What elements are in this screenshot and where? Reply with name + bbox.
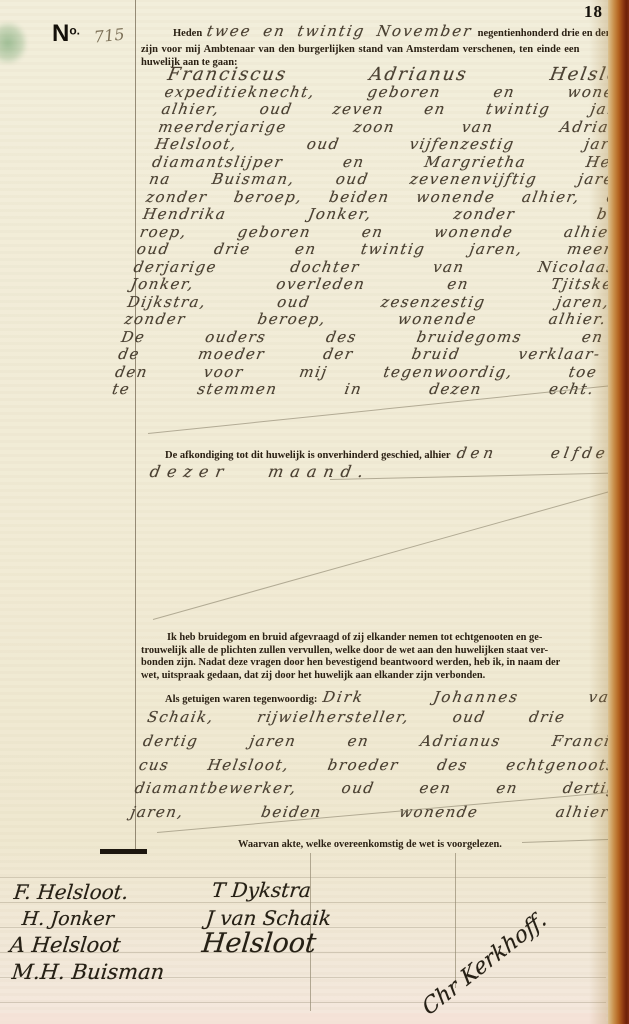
handwritten-line: na Buisman, oud zevenenvijftig jaren, (148, 171, 629, 189)
handwritten-line: oud drie en twintig jaren, meer- (135, 241, 620, 259)
header-pre-date: Heden (173, 28, 202, 39)
handwritten-date: twee en twintig November (206, 22, 475, 40)
witnesses-handwritten-block: Schaik, rijwielhersteller, oud drie en d… (129, 706, 629, 825)
witnesses-handwritten-inline: Dirk Johannes van (322, 688, 624, 706)
handwritten-line: de moeder der bruid verklaar- (117, 346, 602, 364)
signature-witness-1: J van Schaik (205, 906, 333, 930)
scan-bottom-edge (0, 1013, 606, 1024)
handwritten-line: Helsloot, oud vijfenzestig jaren, (154, 136, 629, 154)
handwritten-line: Schaik, rijwielhersteller, oud drie en (145, 706, 629, 730)
handwritten-line: den voor mij tegenwoordig, toe (114, 364, 599, 382)
scanned-marriage-certificate: 18 No. 715 Heden twee en twintig Novembe… (0, 0, 629, 1024)
handwritten-line: expeditieknecht, geboren en wonende (163, 84, 629, 102)
green-stamp-fragment (0, 22, 27, 64)
signature-mother-groom: M.H. Buisman (11, 960, 166, 984)
handwritten-line: roep, geboren en wonende alhier, (138, 224, 623, 242)
handwritten-line: Franciscus Adrianus Helsloot, (166, 66, 629, 84)
signature-father-groom: A Helsloot (9, 933, 122, 957)
handwritten-line: Dijkstra, oud zesenzestig jaren, (126, 294, 611, 312)
header-line-1: Heden twee en twintig November negentien… (141, 22, 622, 40)
vows-line: trouwelijk alle de plichten zullen vervu… (141, 645, 622, 658)
witnesses-printed-label: Als getuigen waren tegenwoordig: (165, 694, 317, 705)
handwritten-line: De ouders des bruidegoms en (120, 329, 605, 347)
act-number-label-sup: o. (69, 24, 80, 38)
act-number-label-main: N (52, 20, 69, 47)
announcement-line: De afkondiging tot dit huwelijk is onver… (141, 444, 622, 462)
handwritten-line: zonder beroep, beiden wonende alhier, en (145, 189, 629, 207)
signature-mother-bride: T Dykstra (211, 878, 312, 902)
announcement-printed: De afkondiging tot dit huwelijk is onver… (165, 450, 451, 461)
handwritten-line: te stemmen in dezen echt. (111, 381, 596, 399)
handwritten-line: dertig jaren en Adrianus Francis- (141, 730, 628, 754)
act-number-label: No. (52, 20, 80, 48)
handwritten-line: zonder beroep, wonende alhier. (123, 311, 608, 329)
handwritten-line: derjarige dochter van Nicolaas (132, 259, 617, 277)
vows-line: Ik heb bruidegom en bruid afgevraagd of … (141, 632, 622, 645)
handwritten-line: meerderjarige zoon van Adrianus (157, 119, 629, 137)
handwritten-line: Jonker, overleden en Tjitske (129, 276, 614, 294)
margin-end-bar (100, 849, 147, 854)
signature-groom: F. Helsloot. (13, 880, 130, 904)
vows-paragraph: Ik heb bruidegom en bruid afgevraagd of … (141, 632, 622, 682)
signature-column-rule-2 (455, 853, 456, 988)
act-number-value: 715 (93, 24, 125, 46)
strike-line-2 (153, 488, 621, 620)
vows-line: bonden zijn. Nadat deze vragen door hen … (141, 657, 622, 670)
handwritten-line: cus Helsloot, broeder des echtgenoots, (137, 754, 624, 778)
fill-line (330, 472, 622, 480)
page-number: 18 (584, 2, 603, 22)
closing-statement: Waarvan akte, welke overeenkomstig de we… (238, 839, 502, 850)
signature-bride: H. Jonker (21, 908, 115, 930)
handwritten-line: Hendrika Jonker, zonder be- (142, 206, 627, 224)
handwritten-act-body: Franciscus Adrianus Helsloot, expeditiek… (111, 66, 629, 399)
handwritten-line: alhier, oud zeven en twintig jaren, (160, 101, 629, 119)
signature-witness-2: Helsloot (200, 928, 317, 959)
margin-rule (135, 0, 136, 849)
vows-line: wet, uitspraak gedaan, dat zij door het … (141, 670, 622, 683)
book-binding-edge (608, 0, 629, 1024)
handwritten-line: diamantslijper en Margrietha Hele- (151, 154, 629, 172)
header-line-2: zijn voor mij Ambtenaar van den burgerli… (141, 44, 622, 55)
witnesses-label-line: Als getuigen waren tegenwoordig: Dirk Jo… (141, 688, 622, 706)
